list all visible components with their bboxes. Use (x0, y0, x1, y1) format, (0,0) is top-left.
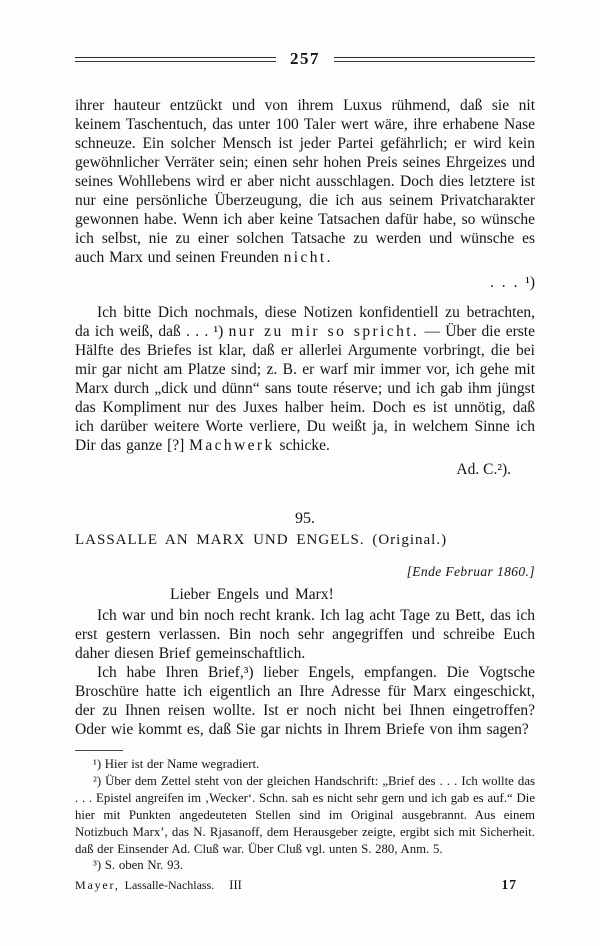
footnote-separator (75, 750, 123, 751)
letter-95-paragraph-1: Ich war und bin noch recht krank. Ich la… (75, 606, 535, 663)
letter-cluss-paragraph-1: ihrer hauteur entzückt und von ihrem Lux… (75, 96, 535, 267)
footer-volume-title: Lassalle-Nachlass. (125, 878, 215, 893)
paragraph-text: ihrer hauteur entzückt und von ihrem Lux… (75, 97, 535, 266)
paragraph-text: schicke. (275, 437, 330, 454)
page-number: 257 (288, 50, 322, 69)
text-block: ihrer hauteur entzückt und von ihrem Lux… (75, 96, 535, 893)
footer-volume-number: III (229, 878, 242, 893)
signature-ad-cluss: Ad. C.²). (75, 460, 535, 479)
emphasized-text: nicht. (284, 249, 333, 266)
letter-number: 95. (75, 509, 535, 528)
letter-cluss-paragraph-2: Ich bitte Dich nochmals, diese Notizen k… (75, 303, 535, 455)
footnote-2: ²) Über dem Zettel steht von der gleiche… (75, 773, 535, 858)
header-rule-right (334, 57, 535, 62)
book-page: 257 ihrer hauteur entzückt und von ihrem… (0, 0, 600, 946)
running-head: 257 (75, 50, 535, 69)
footer-sheet-number: 17 (502, 877, 536, 893)
letter-date: [Ende Februar 1860.] (75, 563, 535, 580)
footnotes-block: ¹) Hier ist der Name wegradiert. ²) Über… (75, 756, 535, 874)
salutation: Lieber Engels und Marx! (75, 585, 535, 604)
ellipsis-footnote-ref: . . . ¹) (75, 273, 535, 292)
footer-author: Mayer, (75, 878, 120, 893)
header-rule-left (75, 57, 276, 62)
footnote-3: ³) S. oben Nr. 93. (75, 857, 535, 874)
emphasized-text: Machwerk (189, 437, 274, 454)
page-footer: Mayer, Lassalle-Nachlass. III 17 (75, 877, 535, 893)
paragraph-text: — Über die erste Hälfte des Briefes ist … (75, 323, 535, 454)
letter-heading: LASSALLE AN MARX UND ENGELS. (Original.) (75, 531, 535, 550)
emphasized-text: nur zu mir so spricht. (229, 323, 420, 340)
footnote-1: ¹) Hier ist der Name wegradiert. (75, 756, 535, 773)
letter-95-paragraph-2: Ich habe Ihren Brief,³) lieber Engels, e… (75, 663, 535, 739)
